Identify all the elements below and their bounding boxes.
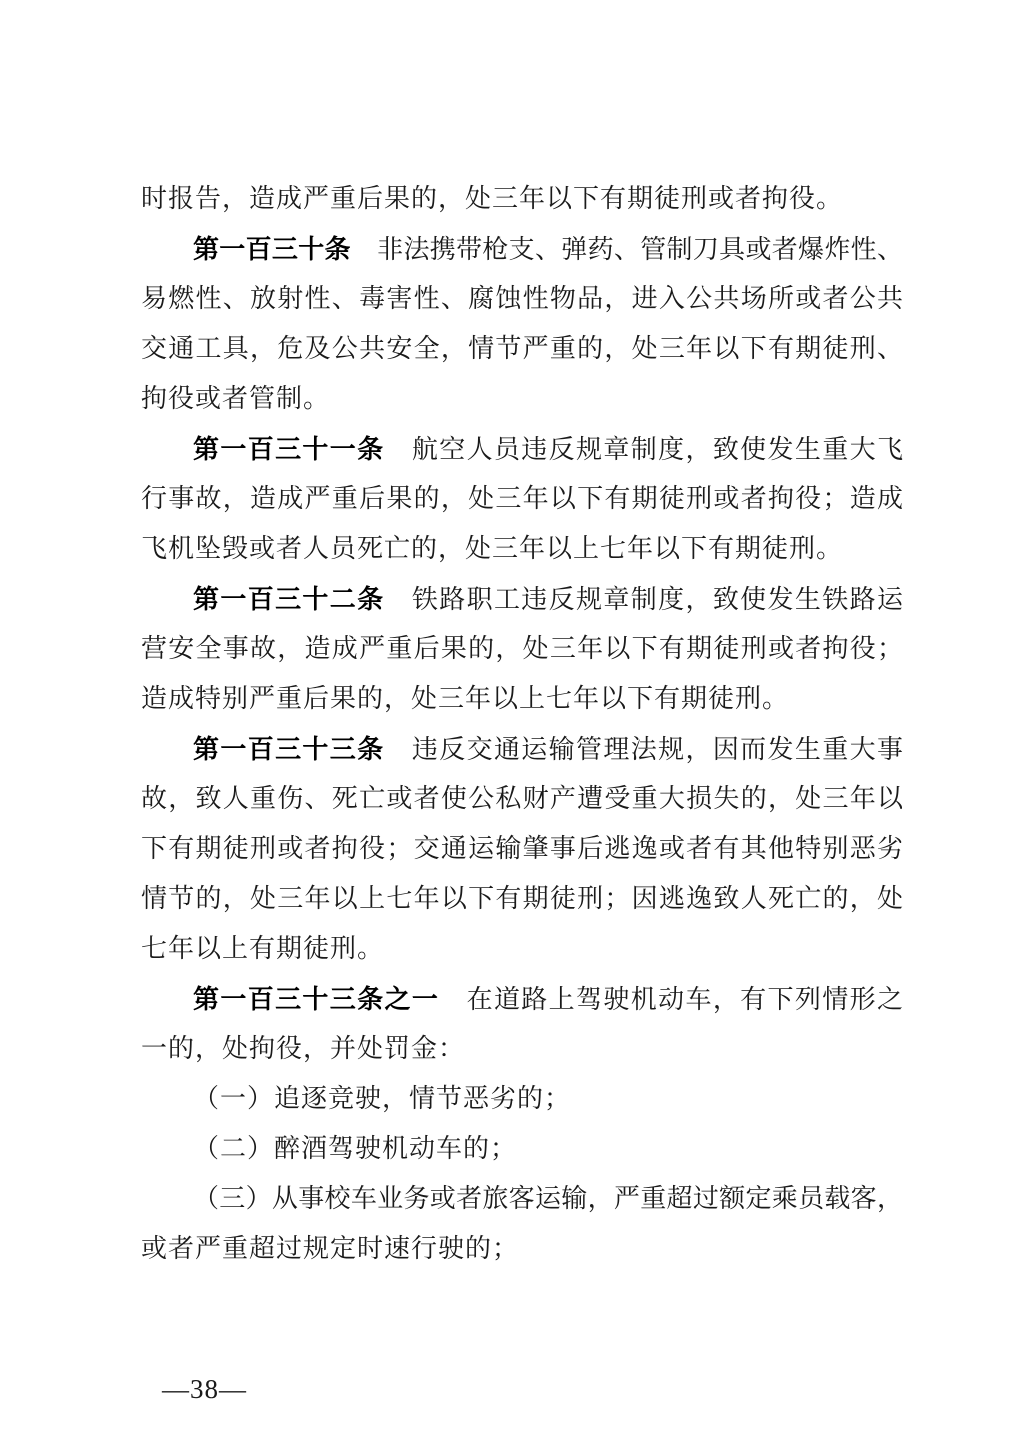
document-line: 第一百三十二条 铁路职工违反规章制度，致使发生铁路运 (141, 574, 903, 624)
page-number: —38— (162, 1374, 247, 1404)
line-text: 航空人员违反规章制度，致使发生重大飞 (385, 435, 903, 464)
line-text: 营安全事故，造成严重后果的，处三年以下有期徒刑或者拘役； (141, 634, 903, 663)
document-line: 第一百三十三条 违反交通运输管理法规，因而发生重大事 (141, 724, 903, 774)
document-line list-item: （三）从事校车业务或者旅客运输，严重超过额定乘员载客， (141, 1174, 903, 1224)
document-line: 时报告，造成严重后果的，处三年以下有期徒刑或者拘役。 (141, 174, 903, 224)
document-line list-item: （二）醉酒驾驶机动车的； (141, 1124, 903, 1174)
line-text: 飞机坠毁或者人员死亡的，处三年以上七年以下有期徒刑。 (141, 534, 843, 563)
document-line: 七年以上有期徒刑。 (141, 924, 903, 974)
line-text: 交通工具，危及公共安全，情节严重的，处三年以下有期徒刑、 (141, 334, 903, 363)
document-line: 下有期徒刑或者拘役；交通运输肇事后逃逸或者有其他特别恶劣 (141, 824, 903, 874)
line-text: （三）从事校车业务或者旅客运输，严重超过额定乘员载客， (193, 1184, 903, 1213)
document-line: 易燃性、放射性、毒害性、腐蚀性物品，进入公共场所或者公共 (141, 274, 903, 324)
line-text: 或者严重超过规定时速行驶的； (141, 1234, 519, 1263)
document-page: 时报告，造成严重后果的，处三年以下有期徒刑或者拘役。 第一百三十条 非法携带枪支… (0, 0, 1024, 1448)
document-line: 第一百三十三条之一 在道路上驾驶机动车，有下列情形之 (141, 974, 903, 1024)
line-text: （一）追逐竞驶，情节恶劣的； (193, 1084, 571, 1113)
line-text: 七年以上有期徒刑。 (141, 934, 384, 963)
document-line: 行事故，造成严重后果的，处三年以下有期徒刑或者拘役；造成 (141, 474, 903, 524)
document-line list-item: （一）追逐竞驶，情节恶劣的； (141, 1074, 903, 1124)
document-line: 故，致人重伤、死亡或者使公私财产遭受重大损失的，处三年以 (141, 774, 903, 824)
line-text: 时报告，造成严重后果的，处三年以下有期徒刑或者拘役。 (141, 184, 843, 213)
document-line: 营安全事故，造成严重后果的，处三年以下有期徒刑或者拘役； (141, 624, 903, 674)
line-text: （二）醉酒驾驶机动车的； (193, 1134, 517, 1163)
line-text: 故，致人重伤、死亡或者使公私财产遭受重大损失的，处三年以 (141, 784, 903, 813)
document-line: 拘役或者管制。 (141, 374, 903, 424)
line-text: 下有期徒刑或者拘役；交通运输肇事后逃逸或者有其他特别恶劣 (141, 834, 903, 863)
article-number: 第一百三十二条 (193, 584, 385, 614)
line-text: 一的，处拘役，并处罚金： (141, 1034, 465, 1063)
line-text: 在道路上驾驶机动车，有下列情形之 (439, 985, 903, 1014)
document-line: 交通工具，危及公共安全，情节严重的，处三年以下有期徒刑、 (141, 324, 903, 374)
document-line: 情节的，处三年以上七年以下有期徒刑；因逃逸致人死亡的，处 (141, 874, 903, 924)
line-text: 造成特别严重后果的，处三年以上七年以下有期徒刑。 (141, 684, 789, 713)
article-number: 第一百三十一条 (193, 434, 385, 464)
line-text: 违反交通运输管理法规，因而发生重大事 (385, 735, 903, 764)
line-text: 情节的，处三年以上七年以下有期徒刑；因逃逸致人死亡的，处 (141, 884, 903, 913)
document-line: 一的，处拘役，并处罚金： (141, 1024, 903, 1074)
document-line: 或者严重超过规定时速行驶的； (141, 1224, 903, 1274)
line-text: 行事故，造成严重后果的，处三年以下有期徒刑或者拘役；造成 (141, 484, 903, 513)
line-text: 非法携带枪支、弹药、管制刀具或者爆炸性、 (351, 235, 903, 264)
document-line: 造成特别严重后果的，处三年以上七年以下有期徒刑。 (141, 674, 903, 724)
line-text: 易燃性、放射性、毒害性、腐蚀性物品，进入公共场所或者公共 (141, 284, 903, 313)
document-line: 第一百三十一条 航空人员违反规章制度，致使发生重大飞 (141, 424, 903, 474)
document-line: 第一百三十条 非法携带枪支、弹药、管制刀具或者爆炸性、 (141, 224, 903, 274)
line-text: 拘役或者管制。 (141, 384, 330, 413)
page-body: 时报告，造成严重后果的，处三年以下有期徒刑或者拘役。 第一百三十条 非法携带枪支… (141, 174, 903, 1274)
article-number: 第一百三十条 (193, 234, 351, 264)
article-number: 第一百三十三条之一 (193, 984, 439, 1014)
article-number: 第一百三十三条 (193, 734, 385, 764)
document-line: 飞机坠毁或者人员死亡的，处三年以上七年以下有期徒刑。 (141, 524, 903, 574)
line-text: 铁路职工违反规章制度，致使发生铁路运 (385, 585, 903, 614)
